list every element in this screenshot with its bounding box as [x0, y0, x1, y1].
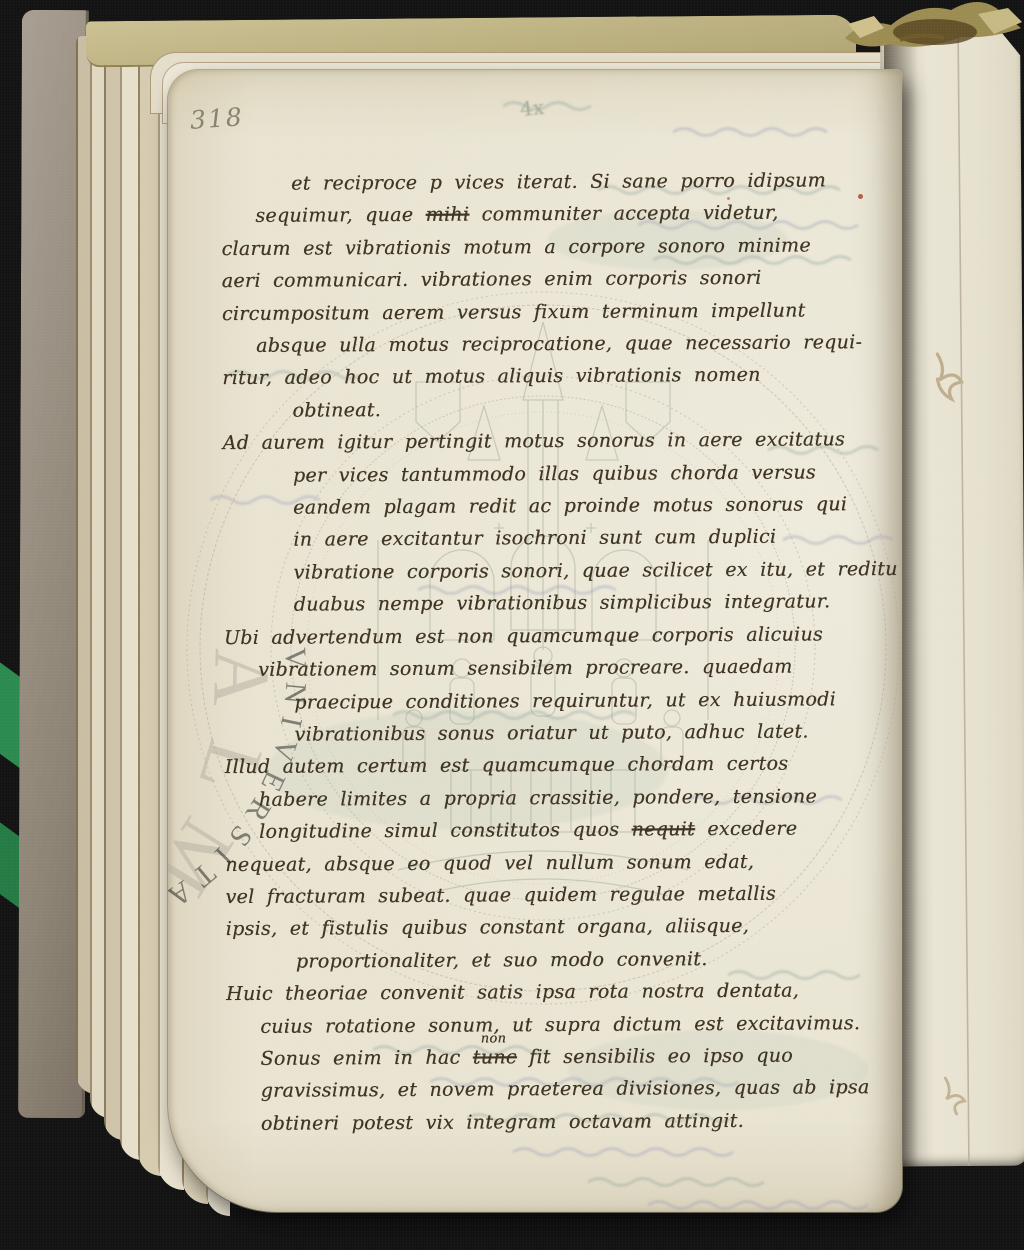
manuscript-line: Ubi advertendum est non quamcumque corpo… — [224, 618, 880, 654]
ink-speck — [727, 197, 730, 200]
manuscript-line: in aere excitantur isochroni sunt cum du… — [293, 520, 879, 556]
manuscript-line: Illud autem certum est quamcumque chorda… — [225, 747, 881, 783]
manuscript-line: clarum est vibrationis motum a corpore s… — [221, 229, 877, 265]
manuscript-line: eandem plagam redit ac proinde motus son… — [293, 488, 879, 524]
manuscript-line: duabus nempe vibrationibus simplicibus i… — [294, 585, 880, 621]
binding-thread-knot — [945, 1078, 964, 1114]
binding-thread-knot — [937, 354, 961, 399]
manuscript-line: gravissimus, et novem praeterea division… — [261, 1071, 883, 1107]
ink-speck — [858, 194, 863, 199]
manuscript-line: cuius rotatione sonum, ut supra dictum e… — [260, 1007, 882, 1043]
page-number: 318 — [189, 102, 245, 135]
manuscript-line: vel fracturam subeat. quae quidem regula… — [225, 877, 881, 913]
manuscript-line: obtineat. — [292, 391, 878, 427]
manuscript-page: ALMA MATER STVDIORVM VNIVERSITAS STVDIOR… — [168, 70, 902, 1212]
manuscript-line: obtineri potest vix integram octavam att… — [261, 1104, 883, 1140]
manuscript-line: longitudine simul constitutos quos nequi… — [259, 812, 881, 848]
manuscript-scan-scene: ALMA MATER STVDIORVM VNIVERSITAS STVDIOR… — [0, 0, 1024, 1250]
manuscript-line: nequeat, absque eo quod vel nullum sonum… — [225, 845, 881, 881]
manuscript-line: per vices tantummodo illas quibus chorda… — [293, 456, 879, 492]
manuscript-line: aeri communicari. vibrationes enim corpo… — [222, 261, 878, 297]
manuscript-line: Huic theoriae convenit satis ipsa rota n… — [226, 974, 882, 1010]
manuscript-line: proportionaliter, et suo modo convenit. — [296, 942, 882, 978]
page-crease — [958, 26, 969, 1166]
manuscript-line: ipsis, et fistulis quibus constant organ… — [226, 909, 882, 945]
manuscript-line: absque ulla motus reciprocatione, quae n… — [256, 326, 878, 362]
manuscript-line: habere limites a propria crassitie, pond… — [259, 780, 881, 816]
manuscript-line: sequimur, quae mihi communiter accepta v… — [255, 196, 877, 232]
bleedthrough-mark: 4x — [519, 95, 545, 121]
manuscript-line: vibrationibus sonus oriatur ut puto, adh… — [294, 715, 880, 751]
manuscript-line: Sonus enim in hac nontunc fit sensibilis… — [260, 1039, 882, 1075]
manuscript-line: vibratione corporis sonori, quae scilice… — [293, 553, 879, 589]
manuscript-line: praecipue conditiones requiruntur, ut ex… — [294, 682, 880, 718]
manuscript-line: ritur, adeo hoc ut motus aliquis vibrati… — [222, 358, 878, 394]
manuscript-text-block: et reciproce p vices iterat. Si sane por… — [217, 164, 883, 1140]
manuscript-line: Ad aurem igitur pertingit motus sonorus … — [223, 423, 879, 459]
manuscript-line: circumpositum aerem versus fixum terminu… — [222, 294, 878, 330]
manuscript-line: et reciproce p vices iterat. Si sane por… — [291, 164, 877, 200]
manuscript-line: vibrationem sonum sensibilem procreare. … — [258, 650, 880, 686]
